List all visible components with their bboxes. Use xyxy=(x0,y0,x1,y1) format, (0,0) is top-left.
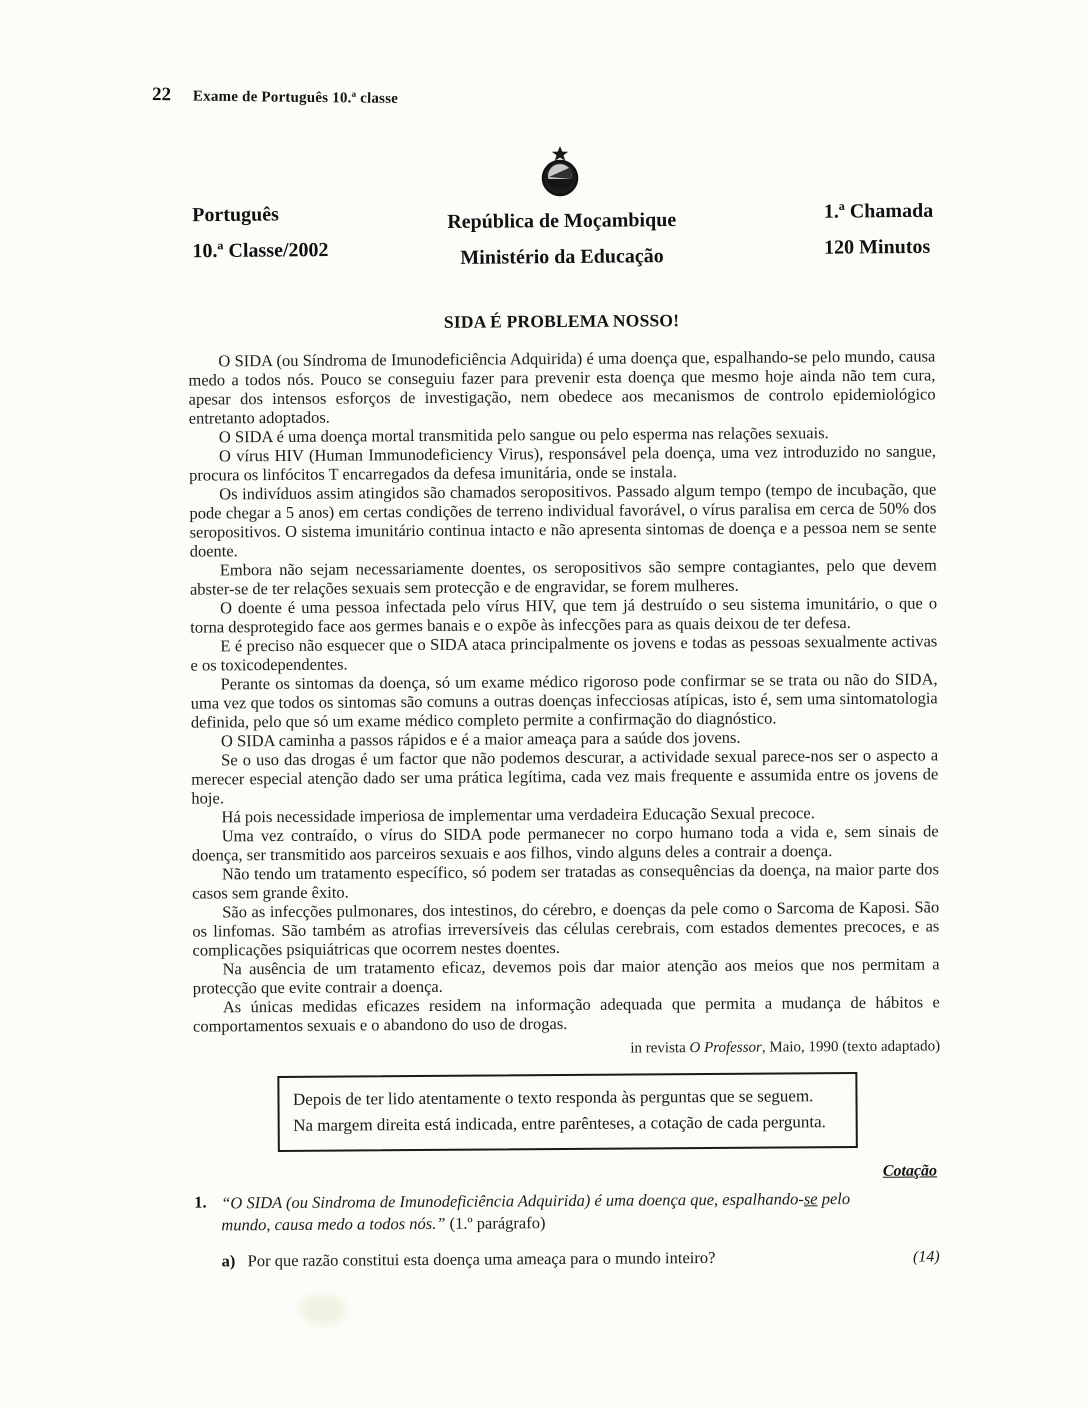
exam-page: 22Exame de Português 10.ª classe Portugu… xyxy=(0,0,1088,1408)
question-1: 1. “O SIDA (ou Sindroma de Imunodeficiên… xyxy=(194,1187,941,1236)
quote-paragraph-ref: (1.º parágrafo) xyxy=(450,1213,546,1233)
paragraph-4: Os indivíduos assim atingidos são chamad… xyxy=(189,479,937,560)
exam-duration: 120 Minutos xyxy=(824,229,934,266)
paragraph-14: São as infecções pulmonares, dos intesti… xyxy=(192,897,939,959)
paragraph-7: E é preciso não esquecer que o SIDA atac… xyxy=(190,631,937,674)
paragraph-6: O doente é uma pessoa infectada pelo vír… xyxy=(190,593,937,636)
attribution-source: O Professor xyxy=(689,1040,761,1057)
question-1a-text: Por que razão constitui esta doença uma … xyxy=(248,1248,716,1271)
source-attribution: in revista O Professor, Maio, 1990 (text… xyxy=(193,1038,940,1060)
exam-session-block: 1.ª Chamada 120 Minutos xyxy=(824,193,934,266)
attribution-prefix: in revista xyxy=(630,1040,689,1056)
paragraph-12: Uma vez contraído, o vírus do SIDA pode … xyxy=(192,821,939,864)
question-1a-label: a) xyxy=(222,1251,248,1271)
score-column-label: Cotação xyxy=(194,1162,941,1185)
paragraph-13: Não tendo um tratamento específico, só p… xyxy=(192,859,939,902)
question-1a-score: (14) xyxy=(913,1248,942,1266)
reading-text-title: SIDA É PROBLEMA NOSSO! xyxy=(188,308,935,334)
page-header: 22Exame de Português 10.ª classe xyxy=(152,84,398,109)
paragraph-10: Se o uso das drogas é um factor que não … xyxy=(191,745,938,807)
page-number: 22 xyxy=(152,84,171,105)
mozambique-coat-of-arms-icon xyxy=(537,146,583,200)
instructions-line-1: Depois de ter lido atentamente o texto r… xyxy=(293,1083,841,1113)
instructions-box: Depois de ter lido atentamente o texto r… xyxy=(277,1072,858,1152)
page-header-title: Exame de Português 10.ª classe xyxy=(193,89,398,108)
paragraph-3: O vírus HIV (Human Immunodeficiency Viru… xyxy=(189,441,936,484)
paragraph-8: Perante os sintomas da doença, só um exa… xyxy=(191,669,938,731)
question-1-number: 1. xyxy=(194,1192,221,1212)
quote-part-1: “O SIDA (ou Sindroma de Imunodeficiência… xyxy=(221,1189,804,1212)
instructions-line-2: Na margem direita está indicada, entre p… xyxy=(293,1109,841,1139)
question-1a: a) Por que razão constitui esta doença u… xyxy=(195,1246,942,1271)
attribution-suffix: , Maio, 1990 (texto adaptado) xyxy=(762,1038,940,1055)
scan-smudge xyxy=(300,1295,346,1325)
reading-text: O SIDA (ou Síndroma de Imunodeficiência … xyxy=(188,346,940,1035)
exam-content: SIDA É PROBLEMA NOSSO! O SIDA (ou Síndro… xyxy=(188,308,942,1271)
paragraph-1: O SIDA (ou Síndroma de Imunodeficiência … xyxy=(188,346,936,427)
paragraph-15: Na ausência de um tratamento eficaz, dev… xyxy=(193,954,940,997)
question-1-quote: “O SIDA (ou Sindroma de Imunodeficiência… xyxy=(221,1187,941,1236)
paragraph-5: Embora não sejam necessariamente doentes… xyxy=(190,555,937,598)
paragraph-16: As únicas medidas eficazes residem na in… xyxy=(193,992,940,1035)
quote-underlined-word: se xyxy=(804,1189,818,1208)
exam-call: 1.ª Chamada xyxy=(824,193,934,230)
